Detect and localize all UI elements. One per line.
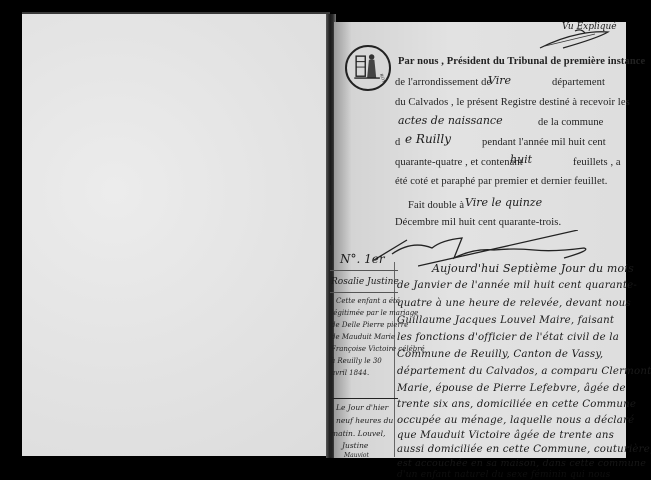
preamble-line-8-pre: Fait double à xyxy=(408,200,464,211)
preamble-line-5-pre: d xyxy=(395,137,400,148)
sheet-count-handwritten: huit xyxy=(510,153,532,166)
preamble-line-4-post: de la commune xyxy=(538,117,603,128)
act-body-line: aussi domiciliée en cette Commune, coutu… xyxy=(397,444,651,455)
margin-note-line: Le Jour d'hier xyxy=(336,403,388,412)
act-body-line: d'un enfant naturel du sexe féminin qui … xyxy=(397,470,610,480)
act-body-line: département du Calvados, a comparu Clerm… xyxy=(397,366,651,377)
act-body-line: Aujourd'hui Septième Jour du mois xyxy=(432,262,634,275)
left-page-blank xyxy=(22,12,330,456)
act-body-line: Commune de Reuilly, Canton de Vassy, xyxy=(397,349,603,360)
margin-note-line: avril 1844. xyxy=(331,369,369,377)
act-body-line: trente six ans, domiciliée en cette Comm… xyxy=(397,399,636,410)
margin-rule-3 xyxy=(330,398,398,399)
margin-note-line: matin. Louvel, xyxy=(331,429,385,438)
tribunal-seal-icon: ROYAL xyxy=(345,45,391,91)
preamble-line-2-post: département xyxy=(552,77,605,88)
preamble-line-6-post: feuillets , a xyxy=(573,157,621,168)
arrondissement-handwritten: Vire xyxy=(488,74,511,87)
margin-note-line: Cette enfant a été xyxy=(336,297,400,305)
margin-note-signature: Mauviot xyxy=(344,452,369,459)
act-body-line: que Mauduit Victoire âgée de trente ans xyxy=(397,430,614,441)
act-body-line: les fonctions d'officier de l'état civil… xyxy=(397,332,619,343)
margin-rule-1 xyxy=(330,270,398,271)
preamble-line-9: Décembre mil huit cent quarante-trois. xyxy=(395,217,561,228)
preamble-line-5-post: pendant l'année mil huit cent xyxy=(482,137,606,148)
preamble-line-1: Par nous , Président du Tribunal de prem… xyxy=(398,56,645,67)
act-body-line: quatre à une heure de relevée, devant no… xyxy=(397,298,631,309)
date-place-handwritten: Vire le quinze xyxy=(465,196,542,209)
preamble-line-2-pre: de l'arrondissement de xyxy=(395,77,491,88)
header-annotation: Vu Expliqué xyxy=(562,22,617,32)
act-body-line: Marie, épouse de Pierre Lefebvre, âgée d… xyxy=(397,383,626,394)
margin-rule-2 xyxy=(330,292,398,293)
register-type-handwritten: actes de naissance xyxy=(398,114,503,127)
act-body-line: occupée au ménage, laquelle nous a décla… xyxy=(397,415,634,426)
margin-child-name: Rosalie Justine xyxy=(331,277,399,287)
preamble-line-6-pre: quarante-quatre , et contenant xyxy=(395,157,523,168)
act-number: N°. 1er xyxy=(340,252,385,266)
commune-handwritten: e Ruilly xyxy=(405,132,451,146)
act-body-line: de Janvier de l'année mil huit cent quar… xyxy=(397,280,637,291)
act-body-line: Guillaume Jacques Louvel Maire, faisant xyxy=(397,315,614,326)
act-body-line: est accouchée en sa maison, dans cette c… xyxy=(397,458,646,469)
preamble-line-3: du Calvados , le présent Registre destin… xyxy=(395,97,630,108)
margin-note-line: de Mauduit Marie xyxy=(331,333,395,341)
preamble-line-7: été coté et paraphé par premier et derni… xyxy=(395,176,607,187)
margin-note-signature: Justine xyxy=(342,441,368,450)
margin-note-line: à Reuilly le 30 xyxy=(331,357,382,365)
margin-note-line: neuf heures du xyxy=(336,416,393,425)
